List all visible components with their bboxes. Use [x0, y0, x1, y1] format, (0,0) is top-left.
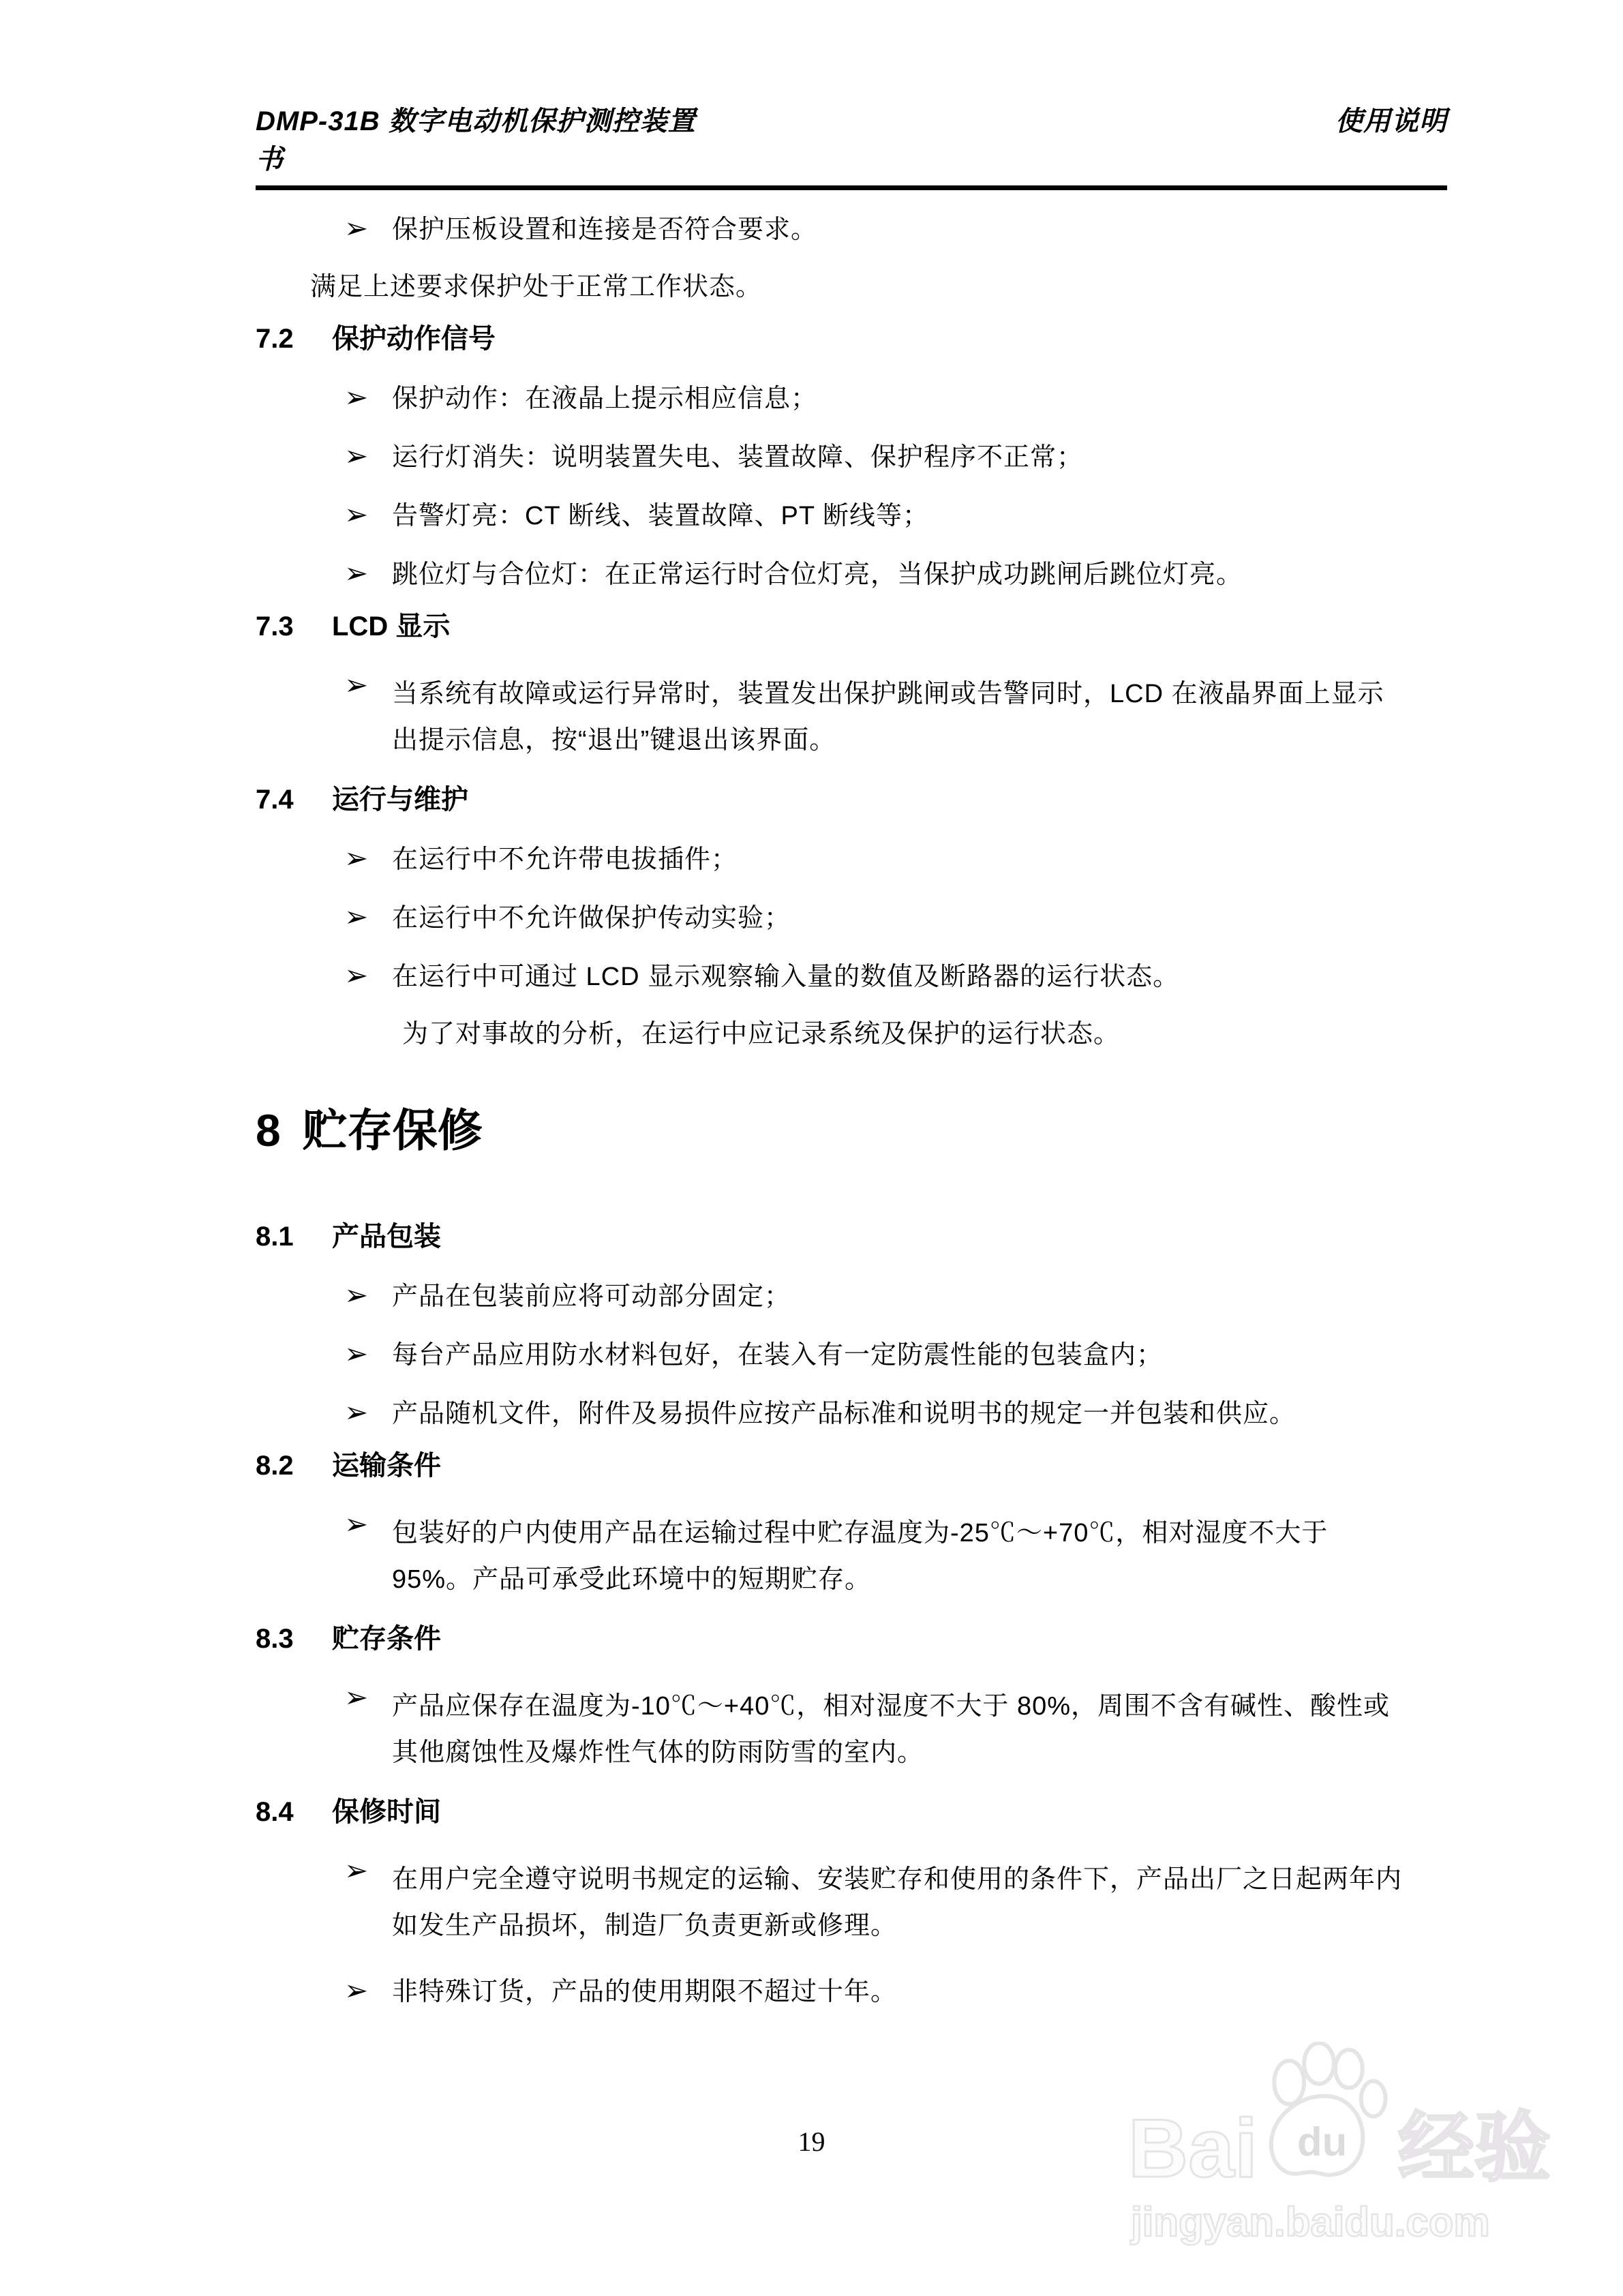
list-item: ➢ 包装好的户内使用产品在运输过程中贮存温度为-25℃～+70℃，相对湿度不大于…	[256, 1510, 1447, 1603]
page-header: DMP-31B 数字电动机保护测控装置 使用说明 书	[256, 102, 1447, 190]
list-item: ➢ 产品随机文件，附件及易损件应按产品标准和说明书的规定一并包装和供应。	[256, 1398, 1447, 1430]
document-body: ➢ 保护压板设置和连接是否符合要求。 满足上述要求保护处于正常工作状态。 7.2…	[256, 205, 1447, 2008]
header-row: DMP-31B 数字电动机保护测控装置 使用说明	[256, 102, 1447, 140]
header-doc-type: 使用说明	[1335, 102, 1447, 140]
arrowhead-bullet-icon: ➢	[344, 558, 369, 589]
section-title: 产品包装	[332, 1221, 441, 1252]
arrowhead-bullet-icon: ➢	[344, 843, 369, 874]
list-item: ➢ 保护动作：在液晶上提示相应信息；	[256, 383, 1447, 414]
arrowhead-bullet-icon: ➢	[344, 1509, 369, 1540]
section-title: 保修时间	[332, 1796, 441, 1828]
section-title: 保护动作信号	[332, 323, 496, 354]
section-number: 8.2	[256, 1450, 332, 1481]
svg-text:du: du	[1297, 2119, 1347, 2164]
list-item: ➢ 产品在包装前应将可动部分固定；	[256, 1281, 1447, 1312]
watermark-brand-cn: 经验	[1398, 2111, 1551, 2186]
section-title: 贮存条件	[332, 1623, 441, 1655]
section-title: 运行与维护	[332, 784, 468, 815]
document-page: DMP-31B 数字电动机保护测控装置 使用说明 书 ➢ 保护压板设置和连接是否…	[0, 0, 1623, 2296]
section-title: 运输条件	[332, 1450, 441, 1481]
list-item: ➢ 在运行中不允许做保护传动实验；	[256, 903, 1447, 934]
list-item-text: 产品在包装前应将可动部分固定；	[392, 1281, 1408, 1312]
list-item: ➢ 保护压板设置和连接是否符合要求。	[256, 214, 1447, 245]
watermark-brand-prefix: Bai	[1128, 2111, 1258, 2186]
section-number: 7.2	[256, 323, 332, 354]
list-item: ➢ 运行灯消失：说明装置失电、装置故障、保护程序不正常；	[256, 442, 1447, 473]
list-item: ➢ 告警灯亮：CT 断线、装置故障、PT 断线等；	[256, 500, 1447, 532]
list-item-text: 保护动作：在液晶上提示相应信息；	[392, 383, 1408, 414]
section-heading-7-2: 7.2 保护动作信号	[256, 323, 1447, 354]
list-item-text: 保护压板设置和连接是否符合要求。	[392, 214, 1408, 245]
section-title: LCD 显示	[332, 611, 450, 642]
list-item: ➢ 在用户完全遵守说明书规定的运输、安装贮存和使用的条件下，产品出厂之日起两年内…	[256, 1856, 1447, 1949]
list-item: ➢ 产品应保存在温度为-10℃～+40℃，相对湿度不大于 80%，周围不含有碱性…	[256, 1683, 1447, 1776]
list-item-text: 产品应保存在温度为-10℃～+40℃，相对湿度不大于 80%，周围不含有碱性、酸…	[392, 1683, 1408, 1776]
baidu-jingyan-watermark: Bai du 经验 jingyan.baidu.com	[1128, 2042, 1605, 2244]
arrowhead-bullet-icon: ➢	[344, 1397, 369, 1428]
list-item-text: 在运行中不允许做保护传动实验；	[392, 903, 1408, 934]
arrowhead-bullet-icon: ➢	[344, 960, 369, 991]
list-item-text: 在运行中不允许带电拔插件；	[392, 844, 1408, 875]
section-heading-8-3: 8.3 贮存条件	[256, 1623, 1447, 1655]
section-number: 7.3	[256, 611, 332, 642]
list-item: ➢ 每台产品应用防水材料包好，在装入有一定防震性能的包装盒内；	[256, 1340, 1447, 1371]
section-heading-8-2: 8.2 运输条件	[256, 1450, 1447, 1481]
list-item: ➢ 跳位灯与合位灯：在正常运行时合位灯亮，当保护成功跳闸后跳位灯亮。	[256, 559, 1447, 590]
list-item: ➢ 在运行中不允许带电拔插件；	[256, 844, 1447, 875]
section-number: 7.4	[256, 784, 332, 815]
arrowhead-bullet-icon: ➢	[344, 669, 369, 701]
watermark-logo-row: Bai du 经验	[1128, 2042, 1605, 2186]
section-number: 8.3	[256, 1623, 332, 1655]
section-heading-7-4: 7.4 运行与维护	[256, 784, 1447, 815]
header-wrapped-char: 书	[256, 140, 1447, 179]
list-item-text: 运行灯消失：说明装置失电、装置故障、保护程序不正常；	[392, 442, 1408, 473]
paragraph: 为了对事故的分析，在运行中应记录系统及保护的运行状态。	[256, 1018, 1447, 1050]
list-item-text: 当系统有故障或运行异常时，装置发出保护跳闸或告警同时，LCD 在液晶界面上显示出…	[392, 671, 1408, 764]
arrowhead-bullet-icon: ➢	[344, 499, 369, 530]
list-item-text: 在运行中可通过 LCD 显示观察输入量的数值及断路器的运行状态。	[392, 961, 1408, 993]
list-item-text: 每台产品应用防水材料包好，在装入有一定防震性能的包装盒内；	[392, 1340, 1408, 1371]
arrowhead-bullet-icon: ➢	[344, 1975, 369, 2006]
section-number: 8.4	[256, 1796, 332, 1828]
section-heading-8-4: 8.4 保修时间	[256, 1796, 1447, 1828]
section-heading-7-3: 7.3 LCD 显示	[256, 611, 1447, 642]
section-number: 8.1	[256, 1221, 332, 1252]
header-device-title: DMP-31B 数字电动机保护测控装置	[256, 102, 696, 140]
section-heading-8-1: 8.1 产品包装	[256, 1221, 1447, 1252]
list-item-text: 产品随机文件，附件及易损件应按产品标准和说明书的规定一并包装和供应。	[392, 1398, 1408, 1430]
list-item-text: 在用户完全遵守说明书规定的运输、安装贮存和使用的条件下，产品出厂之日起两年内如发…	[392, 1856, 1408, 1949]
paragraph: 满足上述要求保护处于正常工作状态。	[256, 271, 1447, 303]
arrowhead-bullet-icon: ➢	[344, 213, 369, 244]
list-item-text: 告警灯亮：CT 断线、装置故障、PT 断线等；	[392, 500, 1408, 532]
list-item-text: 非特殊订货，产品的使用期限不超过十年。	[392, 1976, 1408, 2008]
arrowhead-bullet-icon: ➢	[344, 440, 369, 472]
arrowhead-bullet-icon: ➢	[344, 1280, 369, 1311]
list-item: ➢ 在运行中可通过 LCD 显示观察输入量的数值及断路器的运行状态。	[256, 961, 1447, 993]
arrowhead-bullet-icon: ➢	[344, 382, 369, 413]
chapter-number: 8	[256, 1104, 281, 1156]
chapter-heading-8: 8 贮存保修	[256, 1104, 1447, 1156]
list-item: ➢ 当系统有故障或运行异常时，装置发出保护跳闸或告警同时，LCD 在液晶界面上显…	[256, 671, 1447, 764]
watermark-url: jingyan.baidu.com	[1131, 2201, 1605, 2244]
list-item-text: 包装好的户内使用产品在运输过程中贮存温度为-25℃～+70℃，相对湿度不大于95…	[392, 1510, 1408, 1603]
baidu-paw-icon: du	[1256, 2042, 1393, 2188]
header-divider	[256, 185, 1447, 190]
arrowhead-bullet-icon: ➢	[344, 1855, 369, 1886]
arrowhead-bullet-icon: ➢	[344, 1338, 369, 1370]
arrowhead-bullet-icon: ➢	[344, 1682, 369, 1713]
list-item: ➢ 非特殊订货，产品的使用期限不超过十年。	[256, 1976, 1447, 2008]
chapter-title: 贮存保修	[303, 1104, 483, 1156]
list-item-text: 跳位灯与合位灯：在正常运行时合位灯亮，当保护成功跳闸后跳位灯亮。	[392, 559, 1408, 590]
arrowhead-bullet-icon: ➢	[344, 901, 369, 933]
